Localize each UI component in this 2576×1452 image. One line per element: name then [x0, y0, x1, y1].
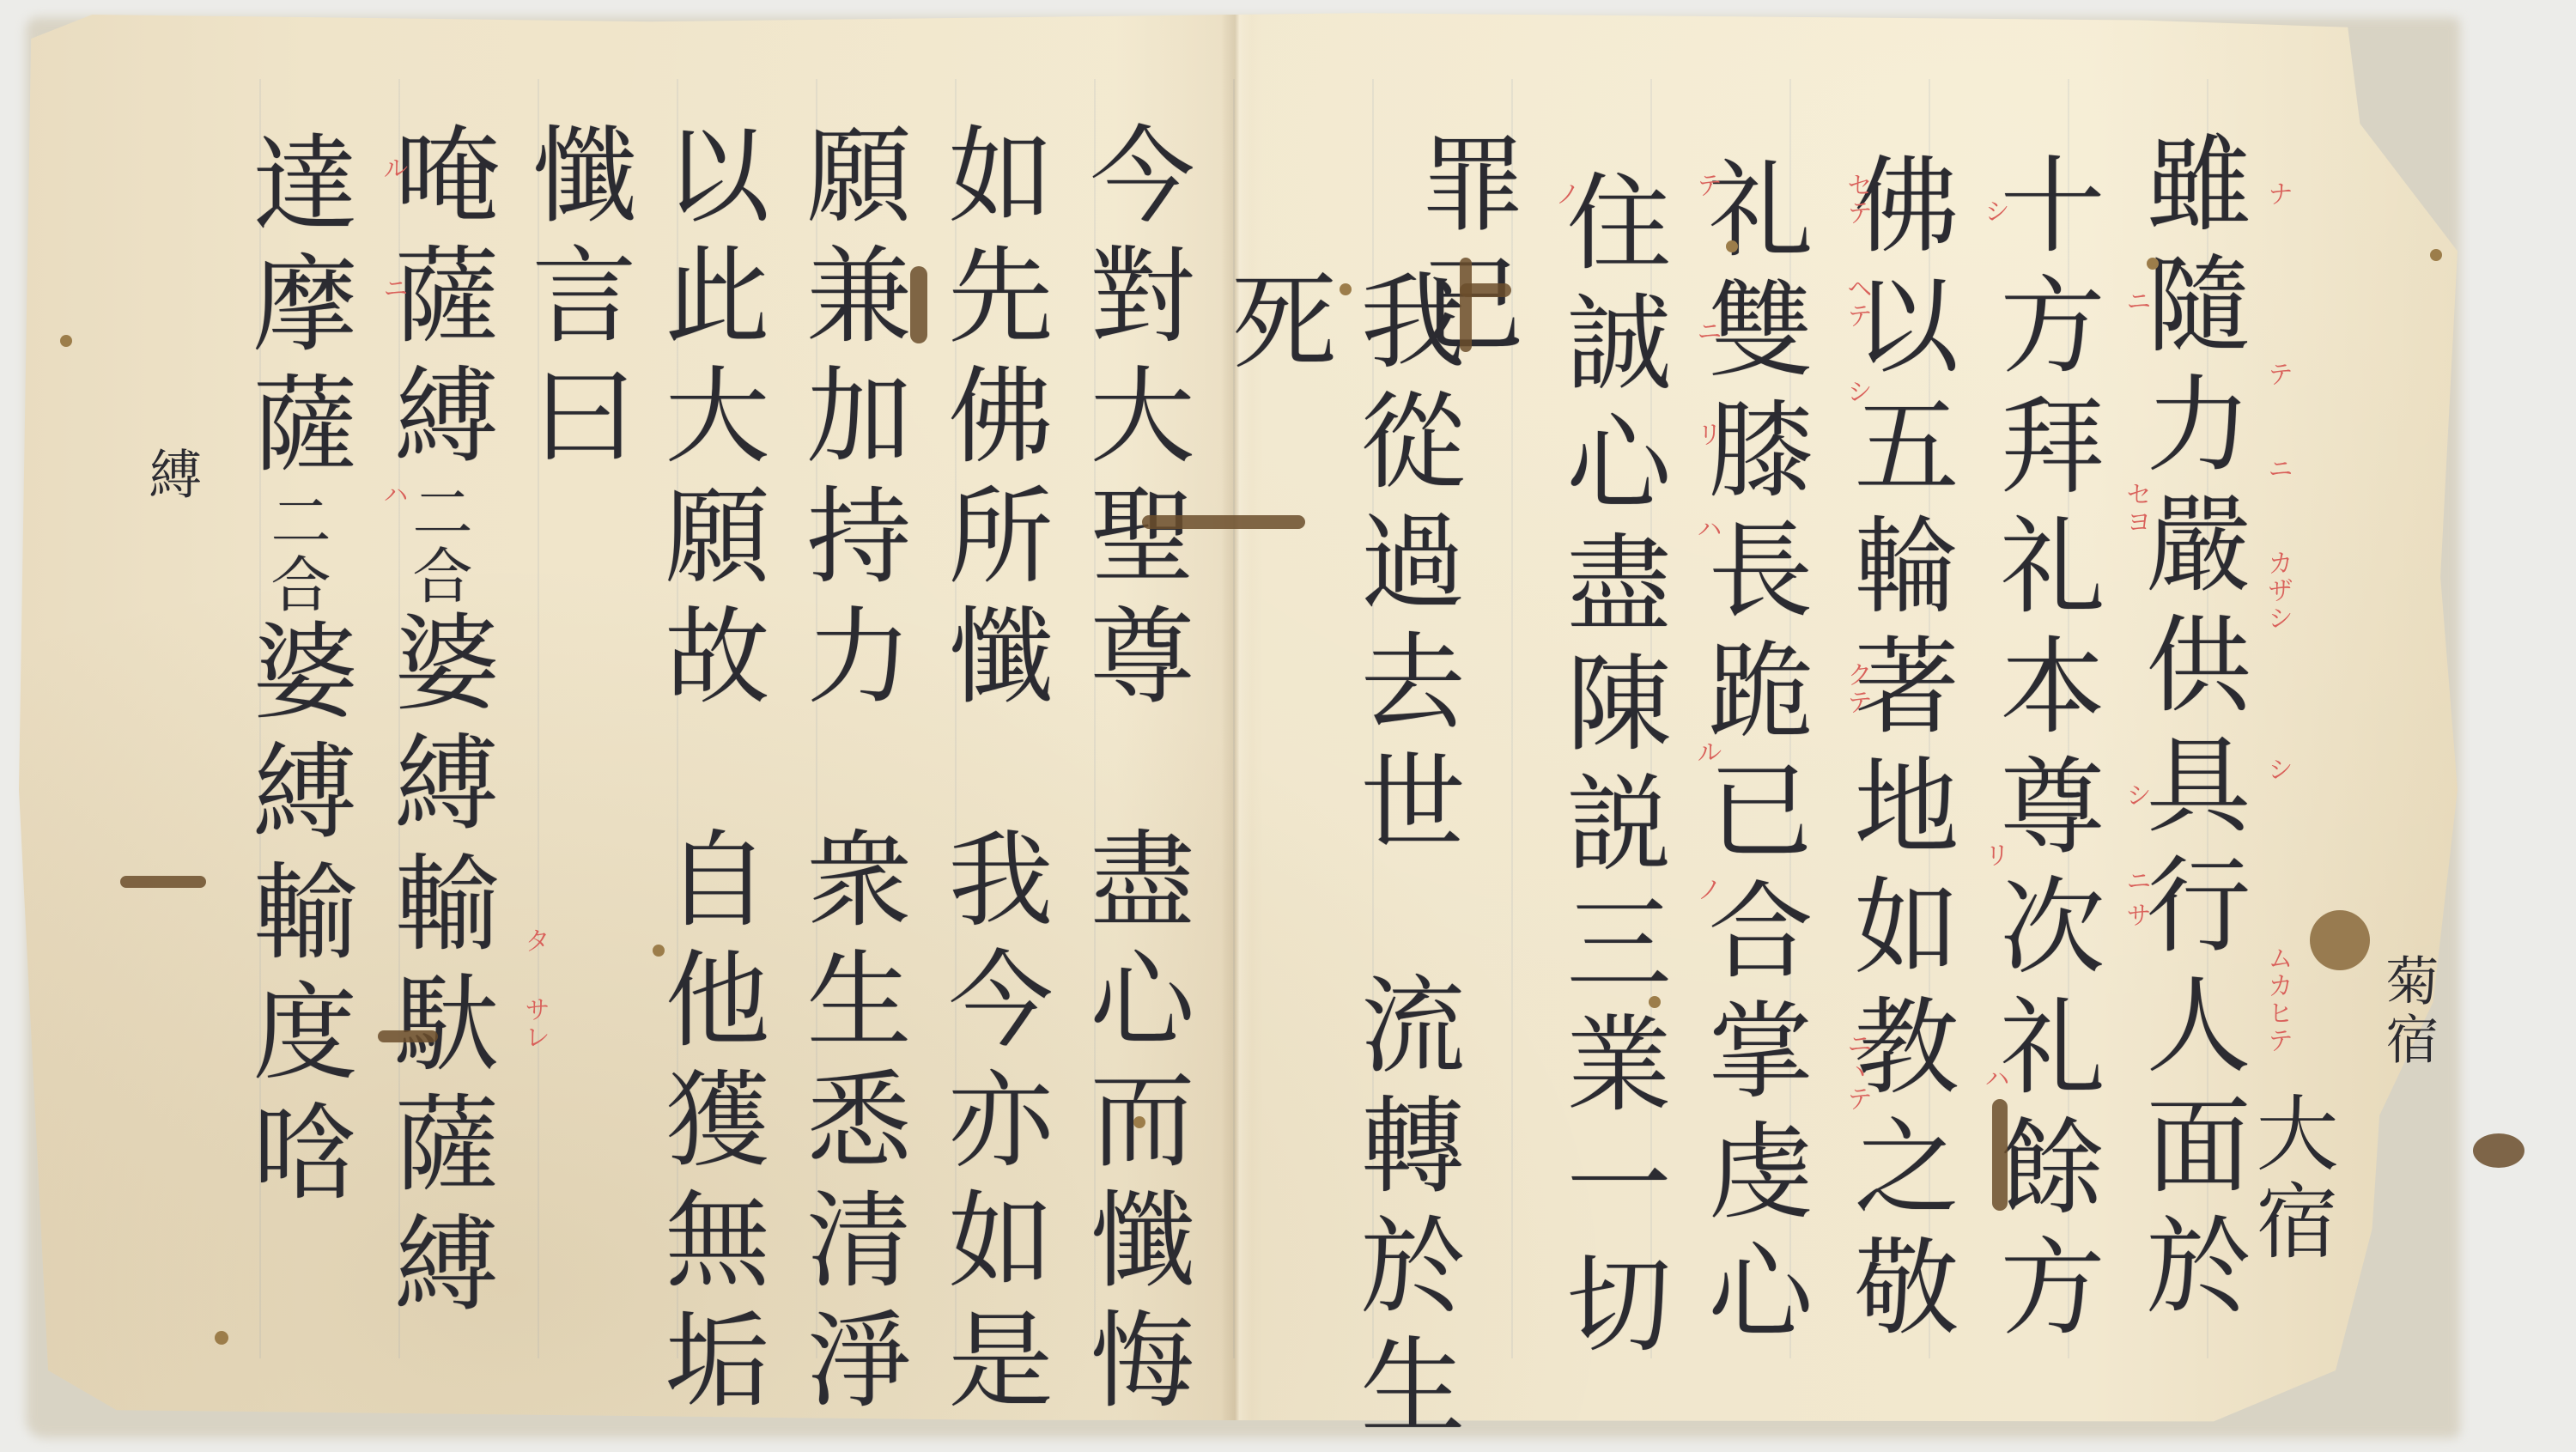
red-gloss: ハ: [1687, 515, 1725, 543]
red-gloss: ニ: [2258, 455, 2296, 483]
red-gloss: ハ: [1975, 1065, 2013, 1092]
ink-stain: [378, 1030, 438, 1042]
left-page-verse-2: 今對大聖尊盡心而懺悔: [1069, 120, 1198, 1425]
red-gloss: シ: [1975, 197, 2013, 225]
mantra-line-2-post: 婆縛輸度唅: [235, 617, 357, 1218]
right-margin-note-large: 大宿: [2233, 1091, 2350, 1266]
red-gloss: ニ: [374, 275, 411, 302]
left-page-verse-4: 願兼加持力衆生悉清淨: [786, 120, 914, 1425]
red-gloss: ヘテ: [1838, 275, 1875, 330]
wormhole: [1340, 283, 1352, 295]
wormhole: [215, 1331, 228, 1345]
mantra-heading: 懺言曰: [511, 120, 640, 481]
wormhole: [60, 335, 72, 347]
verse-5-second-half: 自他獲無垢: [647, 824, 769, 1425]
red-gloss: ニ: [2117, 867, 2154, 895]
red-gloss: クテ: [1838, 661, 1875, 716]
ink-stain: [1460, 258, 1472, 352]
red-gloss: ノ: [1546, 180, 1583, 208]
wormhole: [2310, 910, 2370, 970]
left-page-verse-3: 如先佛所懺我今亦如是: [927, 120, 1056, 1425]
verse-2-first-half: 今對大聖尊: [1072, 120, 1194, 721]
red-gloss: ル: [1687, 738, 1725, 766]
red-gloss: シ: [2258, 756, 2296, 783]
mantra-line-2-pre: 達摩薩: [235, 129, 357, 489]
red-gloss: リ: [1975, 841, 2013, 869]
red-gloss: ハ: [374, 481, 411, 508]
left-margin-note: 縛: [133, 447, 210, 505]
wormhole: [1133, 1116, 1145, 1128]
ink-stain: [1992, 1099, 2008, 1211]
mantra-line-2-note: 二合: [261, 489, 331, 617]
mantra-line-1-post: 婆縛輸馱薩縛: [377, 608, 499, 1329]
right-page-column-3: 佛以五輪著地如教之敬: [1833, 150, 1962, 1352]
right-page-column-5: 住誠心盡陳説三業一切: [1546, 167, 1674, 1370]
right-margin-note-small: 菊宿: [2370, 953, 2446, 1070]
red-gloss: ムカヒテ: [2258, 945, 2296, 1054]
wormhole: [1649, 996, 1661, 1008]
ink-stain: [1142, 515, 1305, 529]
red-gloss: ニヽテ: [1838, 1030, 1875, 1113]
red-gloss: ノ: [1687, 876, 1725, 903]
left-page-verse-1: 我從過去世流轉於生死: [1211, 266, 1468, 1452]
ink-stain: [1460, 283, 1511, 297]
ink-stain: [910, 266, 927, 343]
verse-3-first-half: 如先佛所懺: [931, 120, 1053, 721]
red-gloss: セヨ: [2117, 481, 2154, 536]
wormhole: [2430, 249, 2442, 261]
red-gloss: ナ: [2258, 180, 2296, 208]
wormhole: [2473, 1133, 2524, 1168]
red-gloss: サ: [2117, 902, 2154, 929]
red-gloss: テ: [1687, 172, 1725, 199]
red-gloss: ニ: [1687, 318, 1725, 345]
mantra-line-2: 達摩薩二合婆縛輸度唅: [232, 129, 361, 1218]
left-page-verse-5: 以此大願故自他獲無垢: [644, 120, 773, 1425]
red-gloss: サレ: [515, 996, 553, 1051]
red-gloss: ニ: [2117, 288, 2154, 315]
red-gloss: テ: [2258, 361, 2296, 388]
verse-5-first-half: 以此大願故: [647, 120, 769, 721]
wormhole: [653, 945, 665, 957]
red-gloss: ル: [374, 155, 411, 182]
verse-3-second-half: 我今亦如是: [931, 824, 1053, 1425]
red-gloss: シ: [2117, 781, 2154, 809]
red-gloss: タ: [515, 927, 553, 955]
wormhole: [1726, 240, 1738, 252]
wormhole: [2147, 258, 2159, 270]
verse-4-second-half: 衆生悉清淨: [789, 824, 911, 1425]
mantra-line-1-note: 二合: [403, 481, 473, 608]
red-gloss: リ: [1687, 421, 1725, 448]
verse-1-first-half: 我從過去世: [1343, 266, 1465, 867]
ink-stain: [120, 876, 206, 888]
red-gloss: シ: [1838, 378, 1875, 405]
red-gloss: セテ: [1838, 172, 1875, 227]
red-gloss: カザシ: [2258, 550, 2296, 632]
verse-4-first-half: 願兼加持力: [789, 120, 911, 721]
